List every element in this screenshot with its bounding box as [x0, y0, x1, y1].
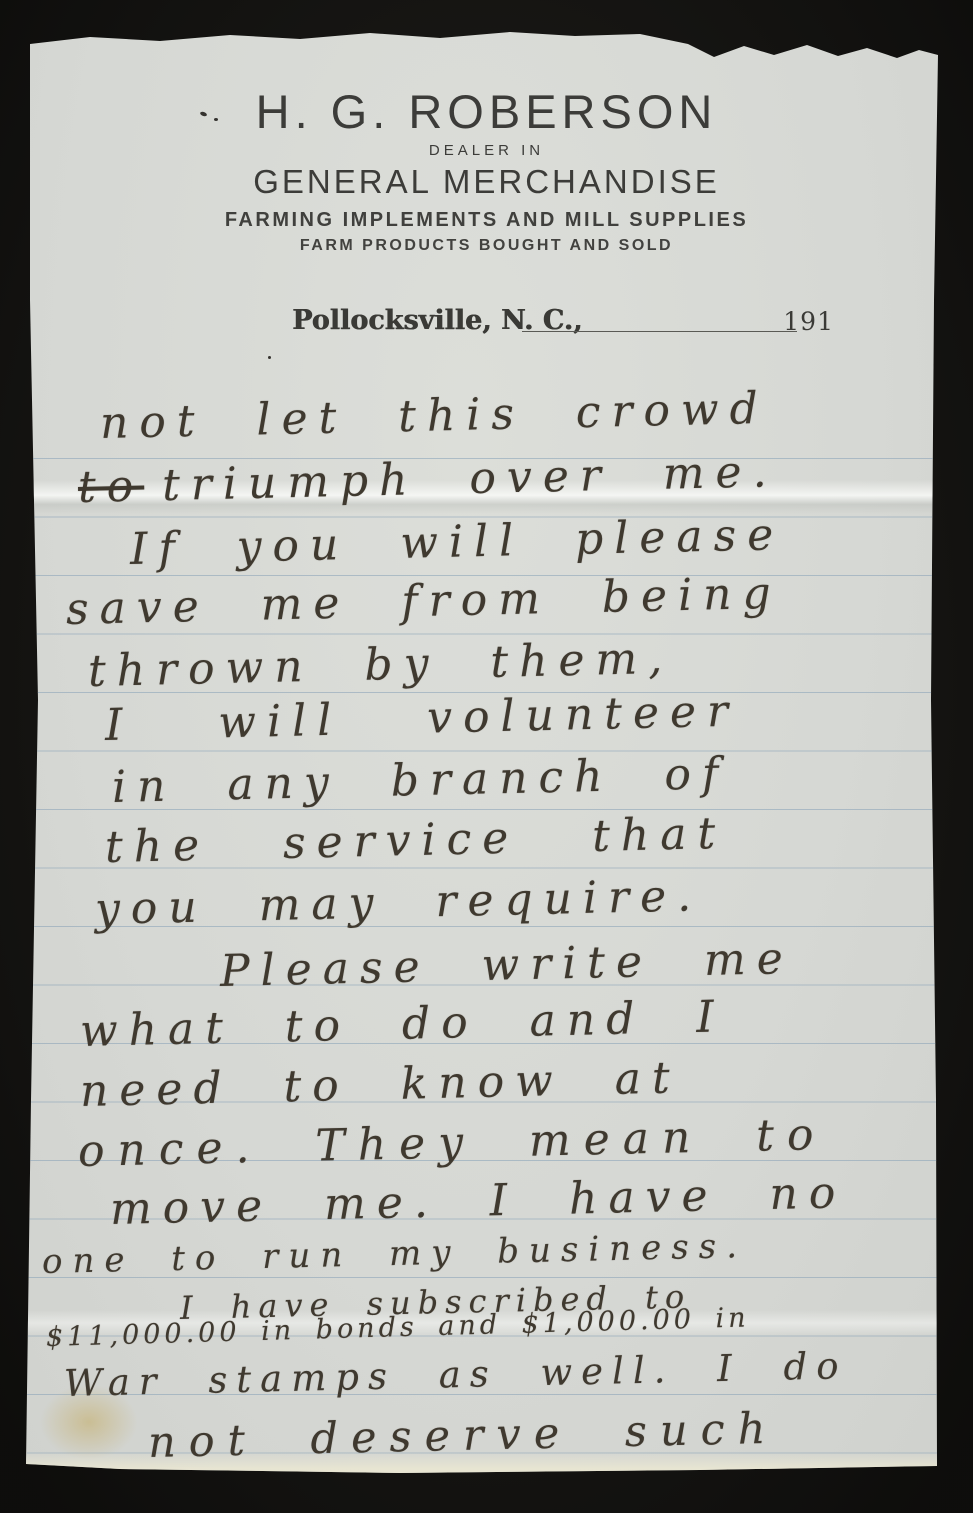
- letterhead-tagline-2: FARM PRODUCTS BOUGHT AND SOLD: [0, 237, 973, 255]
- dateline: Pollocksville, N. C., 191: [292, 298, 842, 338]
- dateline-year-prefix: 191: [783, 307, 834, 336]
- letterhead-dealer-in: DEALER IN: [0, 142, 973, 159]
- letterhead-business: GENERAL MERCHANDISE: [0, 163, 973, 201]
- scanned-letter: H. G. ROBERSON DEALER IN GENERAL MERCHAN…: [0, 0, 973, 1513]
- ink-speck: [268, 356, 271, 359]
- dateline-blank-line: [522, 331, 797, 332]
- letterhead-name: H. G. ROBERSON: [0, 84, 973, 139]
- letterhead-tagline-1: FARMING IMPLEMENTS AND MILL SUPPLIES: [0, 209, 973, 232]
- handwritten-line: not let this crowd: [99, 383, 769, 449]
- letter-paper: H. G. ROBERSON DEALER IN GENERAL MERCHAN…: [0, 0, 973, 1513]
- struck-word: to: [77, 461, 144, 513]
